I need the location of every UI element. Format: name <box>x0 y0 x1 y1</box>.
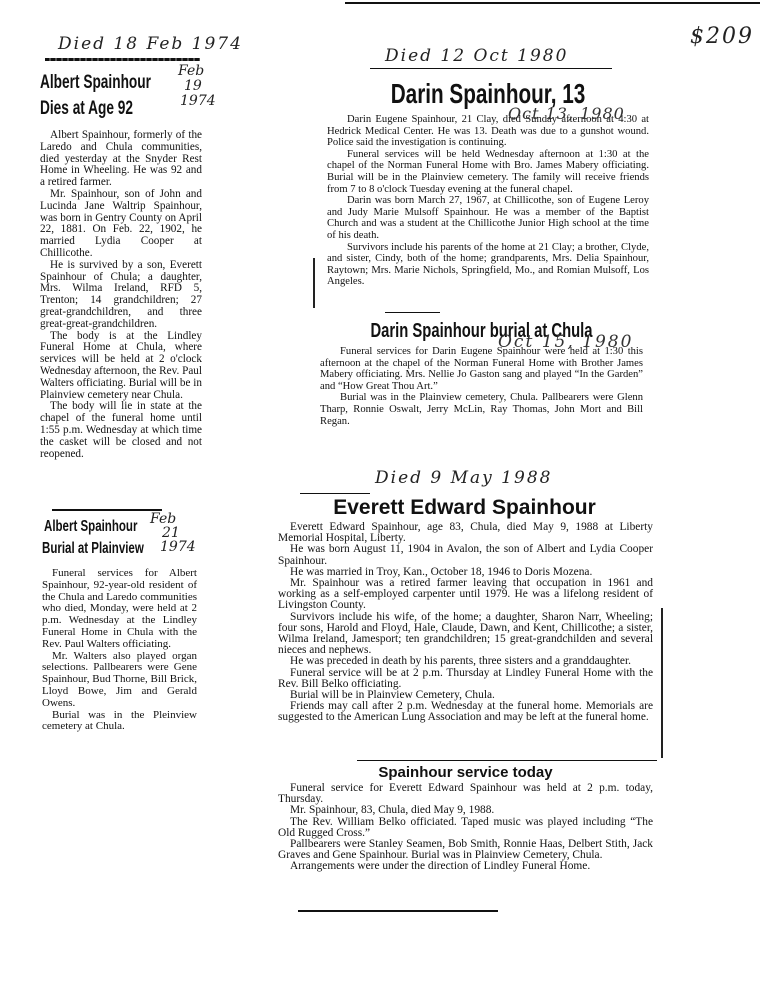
paragraph: Everett Edward Spainhour, age 83, Chula,… <box>278 522 653 544</box>
article-body: Darin Eugene Spainhour, 21 Clay, died Su… <box>327 114 649 288</box>
paragraph: Survivors include his wife, of the home;… <box>278 612 653 657</box>
divider <box>385 312 440 313</box>
paragraph: Survivors include his parents of the hom… <box>327 242 649 288</box>
paragraph: He was born August 11, 1904 in Avalon, t… <box>278 544 653 566</box>
handwritten-overlay-date: Oct 15, 1980 <box>498 332 633 352</box>
divider <box>357 760 657 761</box>
wavy-divider <box>45 58 200 61</box>
divider <box>52 509 162 511</box>
bottom-divider <box>298 910 498 912</box>
paragraph: Mr. Spainhour was a retired farmer leavi… <box>278 578 653 612</box>
paragraph: He was preceded in death by his parents,… <box>278 656 653 667</box>
paragraph: Funeral service will be at 2 p.m. Thursd… <box>278 668 653 690</box>
paragraph: Darin was born March 27, 1967, at Chilli… <box>327 195 649 241</box>
article-body: Funeral services for Darin Eugene Spainh… <box>320 346 643 427</box>
paragraph: The body will lie in state at the chapel… <box>40 401 202 460</box>
headline-everett-service: Spainhour service today <box>278 764 653 781</box>
paragraph: The Rev. William Belko officiated. Taped… <box>278 817 653 839</box>
handwritten-month: Feb <box>150 512 196 526</box>
paragraph: The body is at the Lindley Funeral Home … <box>40 331 202 402</box>
handwritten-month: Feb <box>178 64 216 79</box>
handwritten-year: 1974 <box>178 94 216 109</box>
paragraph: Mr. Spainhour, son of John and Lucinda J… <box>40 189 202 260</box>
paragraph: Funeral service for Everett Edward Spain… <box>278 783 653 805</box>
paragraph: Albert Spainhour, formerly of the Laredo… <box>40 130 202 189</box>
headline-line-1: Albert Spainhour <box>40 72 151 94</box>
margin-bar <box>661 608 663 758</box>
article-body: Everett Edward Spainhour, age 83, Chula,… <box>278 522 653 724</box>
paragraph: Funeral services for Darin Eugene Spainh… <box>320 346 643 392</box>
paragraph: Burial was in the Pleinview cemetery at … <box>42 710 197 734</box>
paragraph: Arrangements were under the direction of… <box>278 861 653 872</box>
paragraph: Mr. Spainhour, 83, Chula, died May 9, 19… <box>278 805 653 816</box>
handwritten-day: 21 <box>150 526 196 540</box>
paragraph: Pallbearers were Stanley Seamen, Bob Smi… <box>278 839 653 861</box>
handwritten-side-date: Feb 19 1974 <box>178 64 216 109</box>
divider <box>300 493 370 494</box>
handwritten-overlay-date: Oct 13, 1980 <box>508 104 625 123</box>
obituary-everett-spainhour: Everett Edward Spainhour Everett Edward … <box>278 496 653 724</box>
handwritten-side-date: Feb 21 1974 <box>150 512 196 554</box>
paragraph: He is survived by a son, Everett Spainho… <box>40 260 202 331</box>
headline-line-1: Albert Spainhour <box>44 518 137 536</box>
page-number-note: $209 <box>690 24 754 49</box>
paragraph: Burial was in the Plainview cemetery, Ch… <box>320 392 643 427</box>
obituary-albert-spainhour: Albert Spainhour Dies at Age 92 Albert S… <box>40 66 202 460</box>
paragraph: Funeral services will be held Wednesday … <box>327 149 649 195</box>
article-body: Albert Spainhour, formerly of the Laredo… <box>40 130 202 460</box>
handwritten-death-date-darin: Died 12 Oct 1980 <box>385 46 568 66</box>
handwritten-death-date-everett: Died 9 May 1988 <box>375 468 552 488</box>
article-everett-service: Spainhour service today Funeral service … <box>278 764 653 873</box>
handwritten-day: 19 <box>178 79 216 94</box>
handwritten-year: 1974 <box>150 540 196 554</box>
margin-bar <box>313 258 315 308</box>
headline-line-2: Dies at Age 92 <box>40 98 133 120</box>
headline-line-2: Burial at Plainview <box>42 540 144 558</box>
top-clipping-edge <box>345 2 760 4</box>
handwritten-death-date-albert: Died 18 Feb 1974 <box>58 34 243 54</box>
divider <box>370 68 612 69</box>
paragraph: Friends may call after 2 p.m. Wednesday … <box>278 701 653 723</box>
paragraph: Funeral services for Albert Spainhour, 9… <box>42 568 197 651</box>
paragraph: Mr. Walters also played organ selections… <box>42 651 197 710</box>
article-body: Funeral service for Everett Edward Spain… <box>278 783 653 873</box>
article-body: Funeral services for Albert Spainhour, 9… <box>42 568 197 733</box>
headline-everett: Everett Edward Spainhour <box>278 496 653 520</box>
